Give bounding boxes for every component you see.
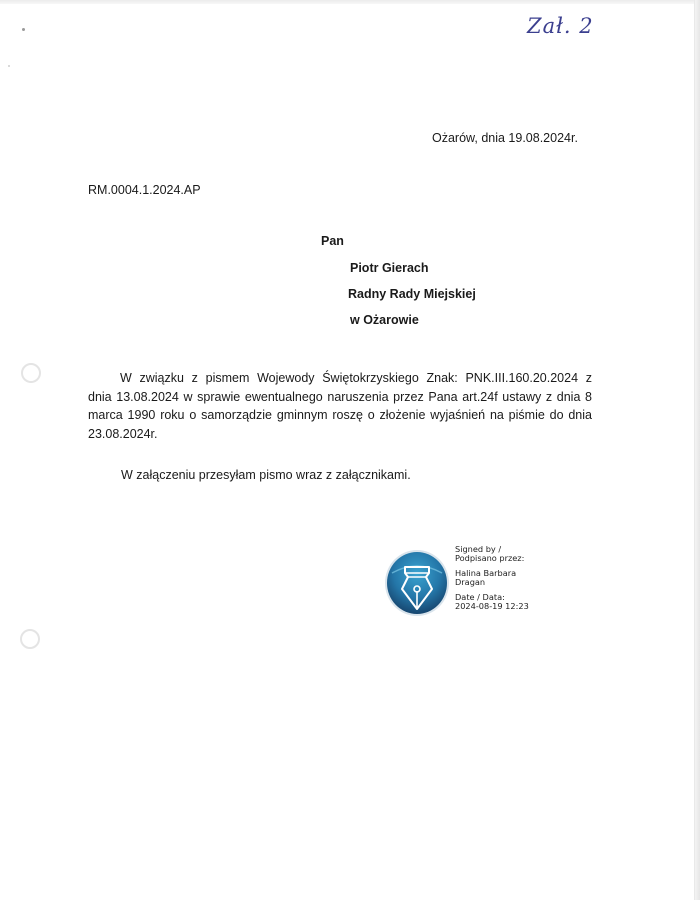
signed-by-label-pl: Podpisano przez:	[455, 554, 529, 563]
scanned-letter-page: Zał. 2 Ożarów, dnia 19.08.2024r. RM.0004…	[0, 0, 700, 900]
recipient-name: Piotr Gierach	[350, 259, 429, 277]
punch-hole-icon	[20, 629, 40, 649]
page-right-edge	[694, 0, 700, 900]
page-top-edge	[0, 0, 700, 4]
attachment-note: W załączeniu przesyłam pismo wraz z załą…	[121, 466, 411, 484]
recipient-salutation: Pan	[321, 232, 344, 250]
scan-speck	[22, 28, 25, 31]
punch-hole-icon	[21, 363, 41, 383]
signature-date: 2024-08-19 12:23	[455, 602, 529, 611]
recipient-role: Radny Rady Miejskiej	[348, 285, 476, 303]
electronic-signature-stamp: Signed by / Podpisano przez: Halina Barb…	[384, 545, 584, 625]
scan-speck	[8, 65, 10, 67]
letter-body: W związku z pismem Wojewody Świętokrzysk…	[88, 369, 592, 443]
handwritten-annotation: Zał. 2	[527, 14, 594, 38]
signer-surname: Dragan	[455, 578, 529, 587]
recipient-city: w Ożarowie	[350, 311, 419, 329]
place-and-date: Ożarów, dnia 19.08.2024r.	[432, 129, 578, 147]
reference-number: RM.0004.1.2024.AP	[88, 181, 201, 199]
fountain-pen-nib-icon	[384, 545, 450, 617]
signature-details: Signed by / Podpisano przez: Halina Barb…	[455, 545, 529, 611]
